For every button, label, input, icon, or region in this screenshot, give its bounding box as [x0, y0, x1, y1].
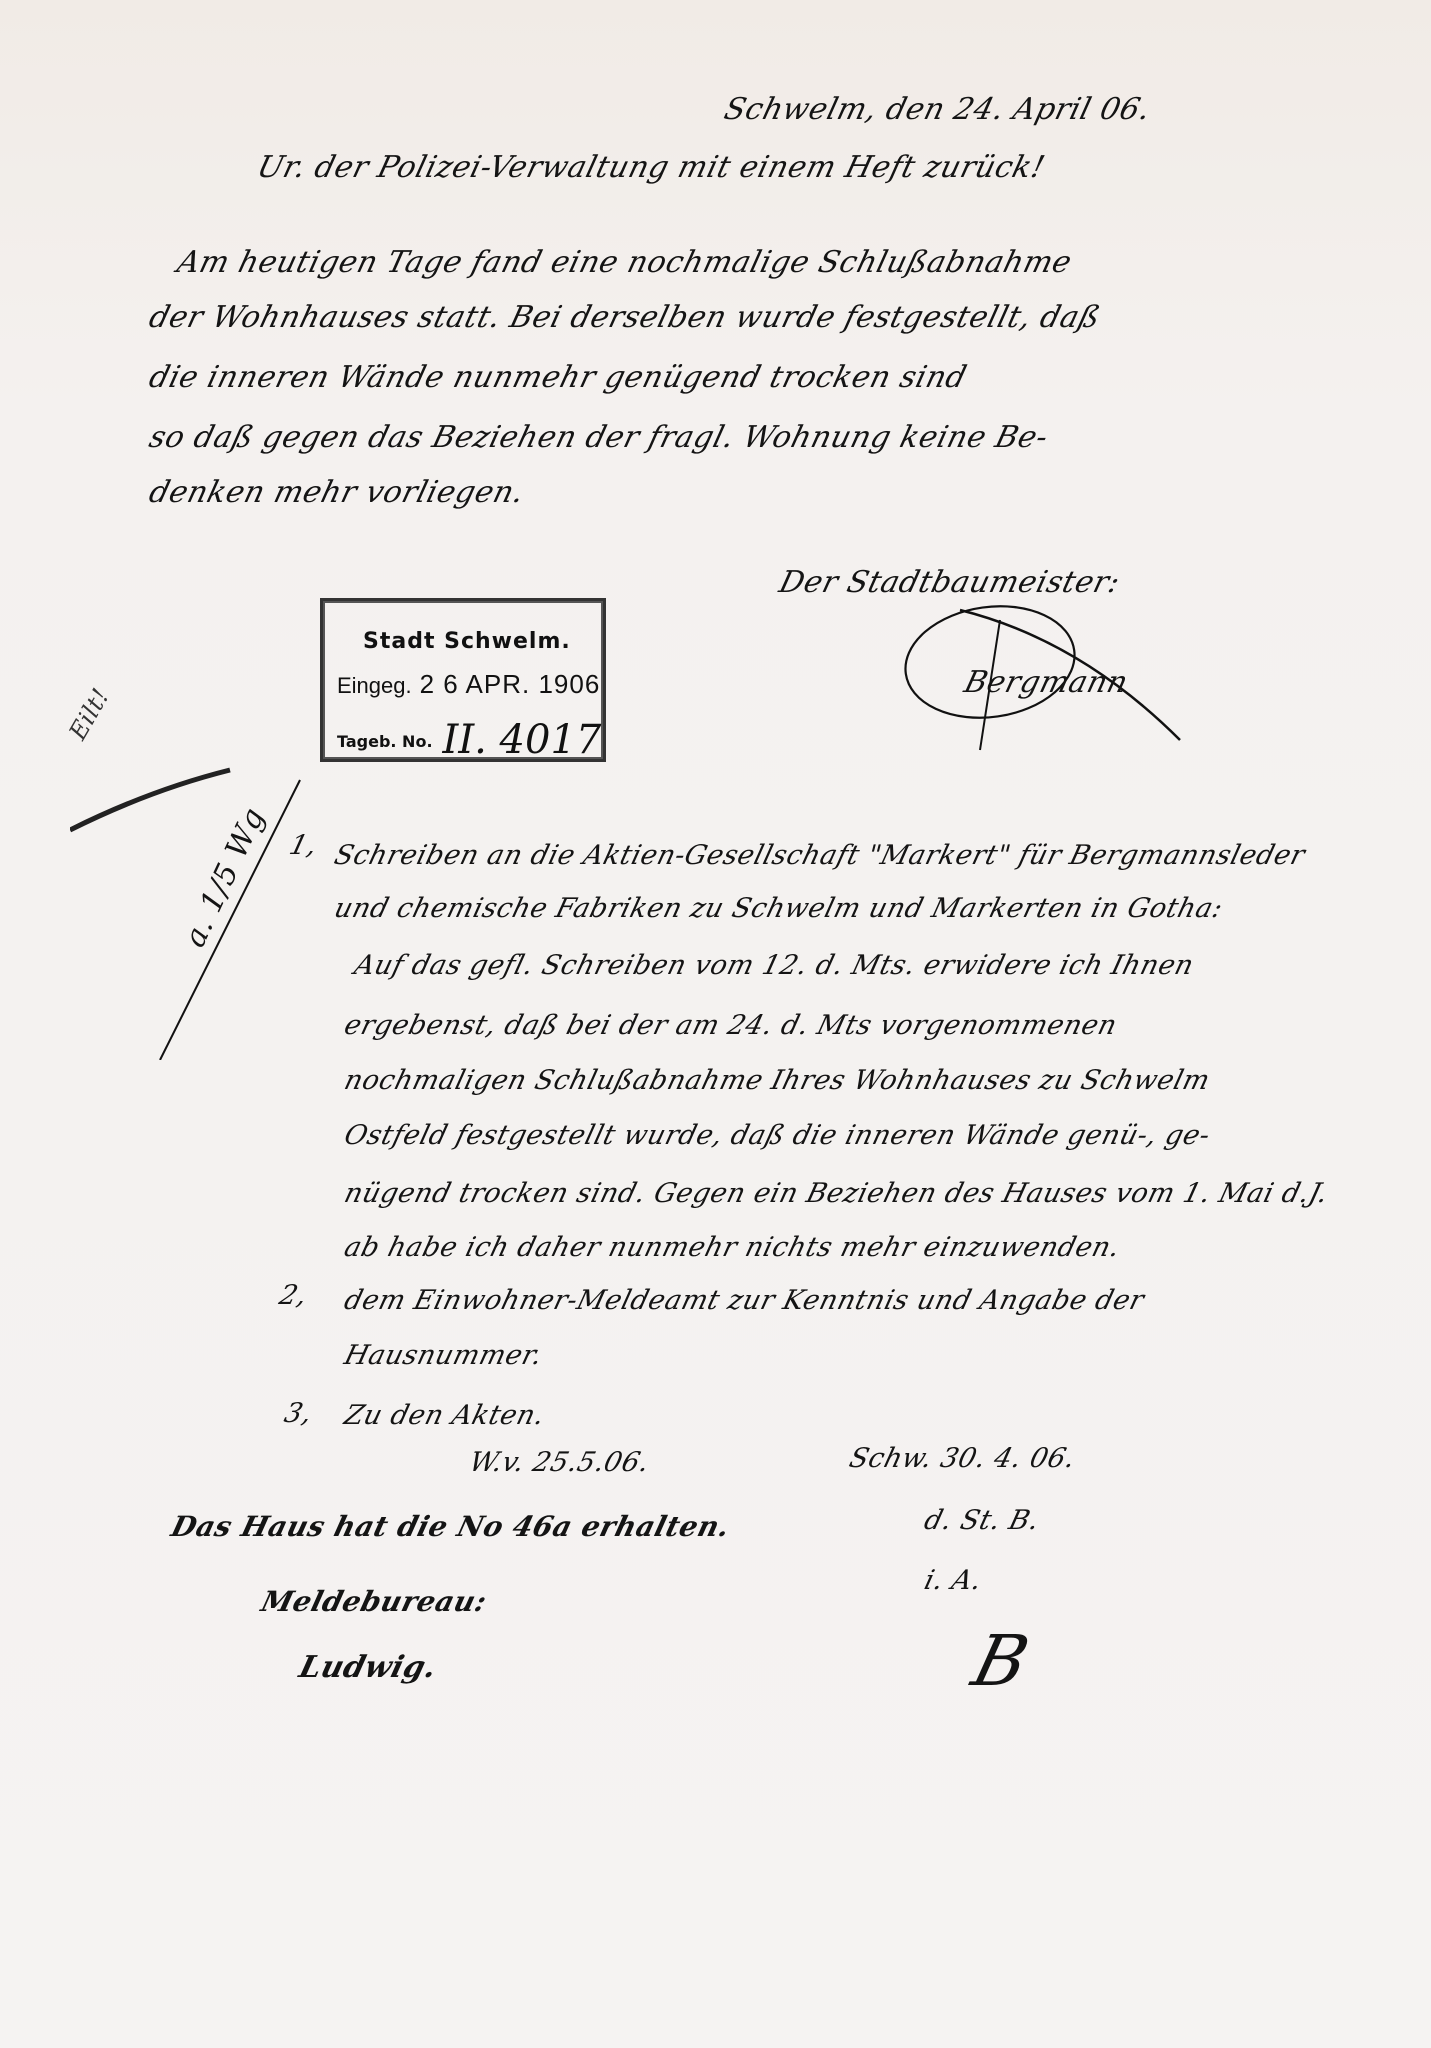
right-note-ia: i. A.: [921, 1565, 985, 1596]
item-line: Ostfeld festgestellt wurde, daß die inne…: [341, 1120, 1213, 1151]
body-line: so daß gegen das Beziehen der fragl. Woh…: [146, 420, 1052, 455]
stamp-received-date: 2 6 APR. 1906: [420, 669, 601, 699]
item-line: Zu den Akten.: [341, 1400, 548, 1431]
item-line: und chemische Fabriken zu Schwelm und Ma…: [331, 893, 1226, 924]
signature-title: Der Stadtbaumeister:: [776, 565, 1124, 600]
body-line: der Wohnhauses statt. Bei derselben wurd…: [146, 300, 1104, 335]
heading: Ur. der Polizei-Verwaltung mit einem Hef…: [254, 150, 1049, 185]
stamp-journal-label: Tageb. No.: [337, 732, 433, 751]
margin-stroke-icon: [70, 740, 330, 1060]
signature-name: Bergmann: [961, 665, 1132, 700]
body-line: denken mehr vorliegen.: [146, 475, 528, 510]
body-line: die inneren Wände nunmehr genügend trock…: [146, 360, 971, 395]
place-date: Schwelm, den 24. April 06.: [721, 92, 1155, 127]
meldeamt-label: Meldebureau:: [258, 1585, 490, 1618]
item-line: Hausnummer.: [341, 1340, 546, 1371]
item-line: nochmaligen Schlußabnahme Ihres Wohnhaus…: [341, 1065, 1213, 1096]
received-stamp: Stadt Schwelm. Eingeg.2 6 APR. 1906 Tage…: [320, 598, 606, 762]
item-line: dem Einwohner-Meldeamt zur Kenntnis und …: [341, 1285, 1147, 1316]
wiedervorlage-date: W.v. 25.5.06.: [466, 1447, 653, 1478]
stamp-journal-number: II. 4017: [443, 717, 602, 763]
item-line: ab habe ich daher nunmehr nichts mehr ei…: [341, 1232, 1123, 1263]
stamp-journal: Tageb. No.II. 4017: [337, 711, 601, 757]
item-line: Auf das gefl. Schreiben vom 12. d. Mts. …: [351, 950, 1197, 981]
item-line: nügend trocken sind. Gegen ein Beziehen …: [341, 1178, 1331, 1209]
item-line: ergebenst, daß bei der am 24. d. Mts vor…: [341, 1010, 1120, 1041]
stamp-received: Eingeg.2 6 APR. 1906: [337, 669, 600, 700]
stamp-received-label: Eingeg.: [337, 673, 412, 698]
stamp-city: Stadt Schwelm.: [363, 629, 571, 654]
meldeamt-signature: Ludwig.: [296, 1650, 441, 1685]
right-note-date: Schw. 30. 4. 06.: [846, 1443, 1079, 1474]
body-line: Am heutigen Tage fand eine nochmalige Sc…: [174, 245, 1076, 280]
item-line: Schreiben an die Aktien-Gesellschaft "Ma…: [331, 840, 1308, 871]
house-number-note: Das Haus hat die No 46a erhalten.: [168, 1510, 734, 1543]
right-note-office: d. St. B.: [921, 1505, 1043, 1536]
